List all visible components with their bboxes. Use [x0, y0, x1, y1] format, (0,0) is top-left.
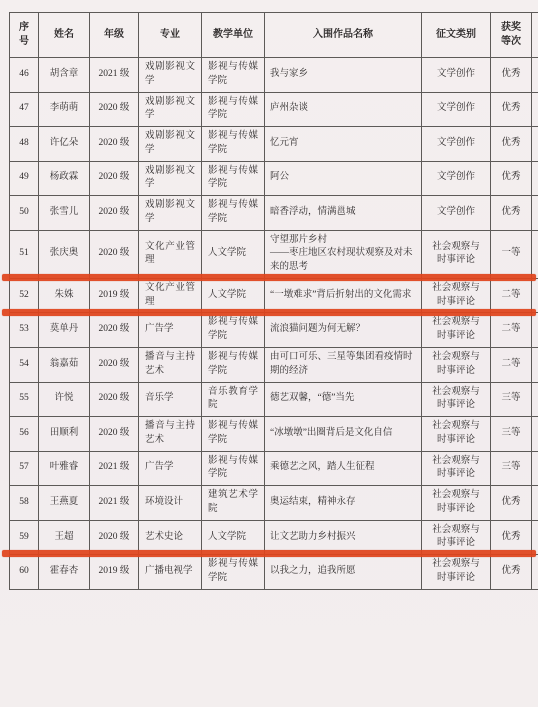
cell-major: 文化产业管理: [139, 230, 202, 278]
cell-no: 52: [10, 278, 39, 313]
cell-teacher: [532, 196, 538, 231]
cell-teacher: [532, 161, 538, 196]
cell-major: 文化产业管理: [139, 278, 202, 313]
cell-no: 48: [10, 127, 39, 162]
table-row: 49杨政霖2020 级戏剧影视文学影视与传媒学院阿公文学创作优秀: [10, 161, 538, 196]
cell-category: 社会观察与时事评论: [422, 313, 491, 348]
cell-grade: 2020 级: [90, 230, 139, 278]
column-header-work: 入围作品名称: [265, 13, 422, 58]
cell-category: 社会观察与时事评论: [422, 230, 491, 278]
cell-category: 社会观察与时事评论: [422, 486, 491, 521]
cell-name: 杨政霖: [39, 161, 90, 196]
column-header-category: 征文类别: [422, 13, 491, 58]
cell-unit: 影视与传媒学院: [202, 348, 265, 383]
document-page: 序 号姓名年级专业教学单位入围作品名称征文类别获奖 等次指导 教师 46胡含章2…: [0, 0, 538, 707]
cell-category: 文学创作: [422, 127, 491, 162]
table-row: 51张庆奥2020 级文化产业管理人文学院守望那片乡村 ——枣庄地区农村现状观察…: [10, 230, 538, 278]
cell-name: 张庆奥: [39, 230, 90, 278]
table-row: 46胡含章2021 级戏剧影视文学影视与传媒学院我与家乡文学创作优秀: [10, 58, 538, 93]
column-header-unit: 教学单位: [202, 13, 265, 58]
cell-grade: 2020 级: [90, 196, 139, 231]
cell-award: 二等: [491, 348, 532, 383]
cell-award: 优秀: [491, 486, 532, 521]
cell-unit: 影视与传媒学院: [202, 58, 265, 93]
cell-major: 广告学: [139, 313, 202, 348]
cell-name: 张雪儿: [39, 196, 90, 231]
cell-name: 李萌萌: [39, 92, 90, 127]
cell-grade: 2019 级: [90, 555, 139, 590]
cell-award: 优秀: [491, 161, 532, 196]
cell-grade: 2020 级: [90, 382, 139, 417]
cell-category: 文学创作: [422, 92, 491, 127]
cell-unit: 音乐教育学院: [202, 382, 265, 417]
cell-grade: 2020 级: [90, 92, 139, 127]
cell-teacher: [532, 486, 538, 521]
cell-category: 社会观察与时事评论: [422, 520, 491, 555]
cell-teacher: 庞婉芳: [532, 382, 538, 417]
table-row: 56田顺利2020 级播音与主持艺术影视与传媒学院“冰墩墩”出圈背后是文化自信社…: [10, 417, 538, 452]
cell-name: 许亿朵: [39, 127, 90, 162]
cell-teacher: 卫修明: [532, 278, 538, 313]
table-row: 55许悦2020 级音乐学音乐教育学院德艺双馨，“德”当先社会观察与时事评论三等…: [10, 382, 538, 417]
table-row: 48许亿朵2020 级戏剧影视文学影视与传媒学院忆元宵文学创作优秀: [10, 127, 538, 162]
table-row: 57叶雅睿2021 级广告学影视与传媒学院乘德艺之风，踏人生征程社会观察与时事评…: [10, 451, 538, 486]
cell-grade: 2020 级: [90, 127, 139, 162]
cell-unit: 影视与传媒学院: [202, 92, 265, 127]
cell-work: 以我之力，追我所愿: [265, 555, 422, 590]
cell-award: 二等: [491, 313, 532, 348]
cell-grade: 2020 级: [90, 313, 139, 348]
cell-major: 戏剧影视文学: [139, 127, 202, 162]
cell-unit: 影视与传媒学院: [202, 417, 265, 452]
cell-award: 一等: [491, 230, 532, 278]
cell-name: 叶雅睿: [39, 451, 90, 486]
cell-category: 文学创作: [422, 161, 491, 196]
cell-no: 56: [10, 417, 39, 452]
cell-award: 优秀: [491, 520, 532, 555]
table-row: 58王燕夏2021 级环境设计建筑艺术学院奥运结束，精神永存社会观察与时事评论优…: [10, 486, 538, 521]
cell-no: 50: [10, 196, 39, 231]
column-header-teacher: 指导 教师: [532, 13, 538, 58]
cell-name: 朱姝: [39, 278, 90, 313]
cell-work: 由可口可乐、三星等集团看疫情时期的经济: [265, 348, 422, 383]
cell-work: 乘德艺之风，踏人生征程: [265, 451, 422, 486]
cell-award: 优秀: [491, 555, 532, 590]
cell-work: 忆元宵: [265, 127, 422, 162]
cell-major: 戏剧影视文学: [139, 196, 202, 231]
cell-category: 社会观察与时事评论: [422, 451, 491, 486]
cell-major: 音乐学: [139, 382, 202, 417]
cell-category: 社会观察与时事评论: [422, 382, 491, 417]
cell-name: 胡含章: [39, 58, 90, 93]
cell-award: 二等: [491, 278, 532, 313]
cell-name: 许悦: [39, 382, 90, 417]
cell-category: 社会观察与时事评论: [422, 348, 491, 383]
cell-no: 55: [10, 382, 39, 417]
cell-no: 60: [10, 555, 39, 590]
cell-work: 阿公: [265, 161, 422, 196]
cell-major: 广告学: [139, 451, 202, 486]
cell-teacher: [532, 127, 538, 162]
cell-award: 三等: [491, 417, 532, 452]
cell-major: 播音与主持艺术: [139, 417, 202, 452]
cell-name: 霍春杏: [39, 555, 90, 590]
award-table: 序 号姓名年级专业教学单位入围作品名称征文类别获奖 等次指导 教师 46胡含章2…: [9, 12, 538, 590]
column-header-no: 序 号: [10, 13, 39, 58]
cell-unit: 影视与传媒学院: [202, 555, 265, 590]
cell-name: 田顺利: [39, 417, 90, 452]
cell-teacher: [532, 451, 538, 486]
cell-work: 庐州杂谈: [265, 92, 422, 127]
cell-no: 58: [10, 486, 39, 521]
cell-work: 奥运结束，精神永存: [265, 486, 422, 521]
cell-grade: 2020 级: [90, 348, 139, 383]
table-body: 46胡含章2021 级戏剧影视文学影视与传媒学院我与家乡文学创作优秀47李萌萌2…: [10, 58, 538, 590]
cell-teacher: [532, 313, 538, 348]
column-header-major: 专业: [139, 13, 202, 58]
cell-unit: 影视与传媒学院: [202, 161, 265, 196]
cell-no: 46: [10, 58, 39, 93]
table-row: 60霍春杏2019 级广播电视学影视与传媒学院以我之力，追我所愿社会观察与时事评…: [10, 555, 538, 590]
cell-work: 让文艺助力乡村振兴: [265, 520, 422, 555]
cell-major: 艺术史论: [139, 520, 202, 555]
cell-category: 文学创作: [422, 58, 491, 93]
cell-grade: 2020 级: [90, 417, 139, 452]
cell-name: 翁嘉茹: [39, 348, 90, 383]
cell-teacher: [532, 58, 538, 93]
cell-unit: 影视与传媒学院: [202, 127, 265, 162]
table-row: 50张雪儿2020 级戏剧影视文学影视与传媒学院暗香浮动，情满邕城文学创作优秀: [10, 196, 538, 231]
cell-no: 49: [10, 161, 39, 196]
cell-grade: 2020 级: [90, 161, 139, 196]
cell-teacher: [532, 555, 538, 590]
cell-major: 广播电视学: [139, 555, 202, 590]
table-row: 53莫单丹2020 级广告学影视与传媒学院流浪猫问题为何无解？社会观察与时事评论…: [10, 313, 538, 348]
header-row: 序 号姓名年级专业教学单位入围作品名称征文类别获奖 等次指导 教师: [10, 13, 538, 58]
cell-unit: 影视与传媒学院: [202, 196, 265, 231]
cell-no: 57: [10, 451, 39, 486]
cell-name: 王超: [39, 520, 90, 555]
cell-no: 59: [10, 520, 39, 555]
cell-unit: 建筑艺术学院: [202, 486, 265, 521]
cell-no: 47: [10, 92, 39, 127]
cell-grade: 2019 级: [90, 278, 139, 313]
cell-major: 环境设计: [139, 486, 202, 521]
cell-work: 守望那片乡村 ——枣庄地区农村现状观察及对未来的思考: [265, 230, 422, 278]
cell-work: 德艺双馨，“德”当先: [265, 382, 422, 417]
cell-teacher: [532, 520, 538, 555]
cell-unit: 影视与传媒学院: [202, 451, 265, 486]
cell-no: 54: [10, 348, 39, 383]
cell-grade: 2021 级: [90, 451, 139, 486]
cell-unit: 人文学院: [202, 520, 265, 555]
cell-award: 三等: [491, 382, 532, 417]
cell-name: 王燕夏: [39, 486, 90, 521]
cell-category: 社会观察与时事评论: [422, 417, 491, 452]
cell-major: 播音与主持艺术: [139, 348, 202, 383]
cell-category: 社会观察与时事评论: [422, 555, 491, 590]
cell-category: 社会观察与时事评论: [422, 278, 491, 313]
cell-award: 优秀: [491, 127, 532, 162]
cell-name: 莫单丹: [39, 313, 90, 348]
cell-grade: 2020 级: [90, 520, 139, 555]
cell-no: 53: [10, 313, 39, 348]
cell-teacher: 盘莎莎: [532, 417, 538, 452]
cell-award: 优秀: [491, 92, 532, 127]
column-header-name: 姓名: [39, 13, 90, 58]
table-row: 54翁嘉茹2020 级播音与主持艺术影视与传媒学院由可口可乐、三星等集团看疫情时…: [10, 348, 538, 383]
cell-teacher: [532, 348, 538, 383]
cell-teacher: 殷子涵: [532, 230, 538, 278]
cell-award: 优秀: [491, 196, 532, 231]
table-row: 52朱姝2019 级文化产业管理人文学院“一墩难求”背后折射出的文化需求社会观察…: [10, 278, 538, 313]
cell-major: 戏剧影视文学: [139, 58, 202, 93]
cell-work: 流浪猫问题为何无解？: [265, 313, 422, 348]
cell-major: 戏剧影视文学: [139, 161, 202, 196]
cell-unit: 影视与传媒学院: [202, 313, 265, 348]
cell-grade: 2021 级: [90, 58, 139, 93]
cell-unit: 人文学院: [202, 230, 265, 278]
cell-major: 戏剧影视文学: [139, 92, 202, 127]
column-header-grade: 年级: [90, 13, 139, 58]
cell-teacher: [532, 92, 538, 127]
cell-award: 优秀: [491, 58, 532, 93]
cell-work: 我与家乡: [265, 58, 422, 93]
column-header-award: 获奖 等次: [491, 13, 532, 58]
cell-category: 文学创作: [422, 196, 491, 231]
table-row: 59王超2020 级艺术史论人文学院让文艺助力乡村振兴社会观察与时事评论优秀: [10, 520, 538, 555]
table-wrap: 序 号姓名年级专业教学单位入围作品名称征文类别获奖 等次指导 教师 46胡含章2…: [9, 12, 531, 590]
cell-no: 51: [10, 230, 39, 278]
cell-award: 三等: [491, 451, 532, 486]
table-row: 47李萌萌2020 级戏剧影视文学影视与传媒学院庐州杂谈文学创作优秀: [10, 92, 538, 127]
cell-grade: 2021 级: [90, 486, 139, 521]
cell-work: “冰墩墩”出圈背后是文化自信: [265, 417, 422, 452]
cell-unit: 人文学院: [202, 278, 265, 313]
cell-work: 暗香浮动，情满邕城: [265, 196, 422, 231]
cell-work: “一墩难求”背后折射出的文化需求: [265, 278, 422, 313]
